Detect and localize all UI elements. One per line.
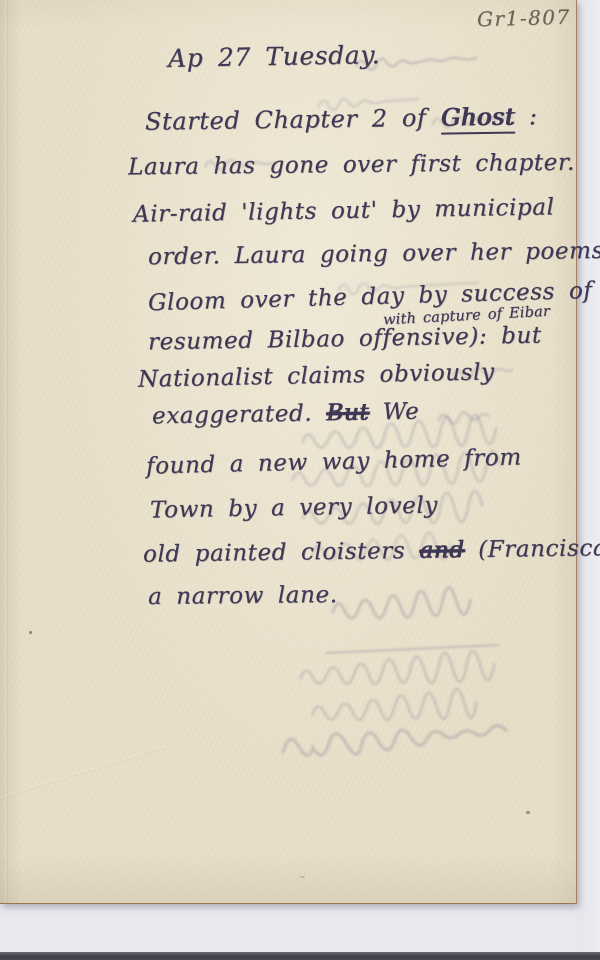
entry-line-segment: order. Laura going over her poems.	[148, 238, 600, 270]
paper-speck	[300, 876, 305, 878]
entry-line: Nationalist claims obviously	[138, 359, 495, 392]
entry-line-segment: Started Chapter 2 of	[145, 104, 441, 136]
entry-line-segment: old painted cloisters	[143, 538, 419, 568]
entry-line: Started Chapter 2 of Ghost :	[145, 102, 538, 135]
entry-line-segment: Air-raid 'lights out' by municipal	[133, 194, 555, 227]
entry-line-segment: resumed Bilbao offensive): but	[148, 323, 542, 356]
entry-line: exaggerated. But We	[152, 399, 420, 430]
entry-date-heading: Ap 27 Tuesday.	[168, 40, 381, 73]
paper-speck	[29, 631, 32, 634]
scanner-bed-right-margin	[577, 0, 600, 960]
vertical-paper-crease	[5, 0, 8, 903]
overwritten-underlined-word: Ghost	[440, 103, 514, 135]
folio-number: Gr1-807	[477, 5, 571, 31]
entry-line: Town by a very lovely	[150, 492, 438, 523]
diagonal-paper-crease	[0, 746, 166, 807]
entry-line: resumed Bilbao offensive): but	[148, 323, 542, 356]
entry-line: Air-raid 'lights out' by municipal	[133, 194, 555, 227]
entry-line-segment: Nationalist claims obviously	[138, 359, 495, 392]
manuscript-page: Gr1-807 Ap 27 Tuesday. Started Chapter 2…	[0, 0, 577, 904]
paper-speck	[526, 811, 530, 814]
struck-out-word: But	[326, 400, 369, 427]
entry-line-segment: We	[369, 399, 420, 426]
entry-line: a narrow lane.	[148, 582, 338, 610]
entry-line: old painted cloisters and (Franciscan) &	[143, 534, 600, 567]
scan-background: Gr1-807 Ap 27 Tuesday. Started Chapter 2…	[0, 0, 600, 960]
entry-line: Laura has gone over first chapter.	[128, 150, 575, 181]
entry-line-segment: (Franciscan) &	[464, 534, 600, 563]
entry-line-segment: exaggerated.	[152, 400, 326, 429]
entry-line-segment: :	[514, 102, 537, 130]
struck-out-word: and	[419, 537, 464, 564]
entry-line-segment: Laura has gone over first chapter.	[128, 150, 575, 181]
entry-line-segment: a narrow lane.	[148, 582, 338, 610]
entry-line: order. Laura going over her poems.	[148, 238, 600, 270]
entry-line-segment: found a new way home from	[146, 444, 522, 479]
entry-line-segment: Town by a very lovely	[150, 492, 438, 523]
entry-line: found a new way home from	[146, 444, 522, 479]
scanner-edge-strip	[0, 952, 600, 960]
